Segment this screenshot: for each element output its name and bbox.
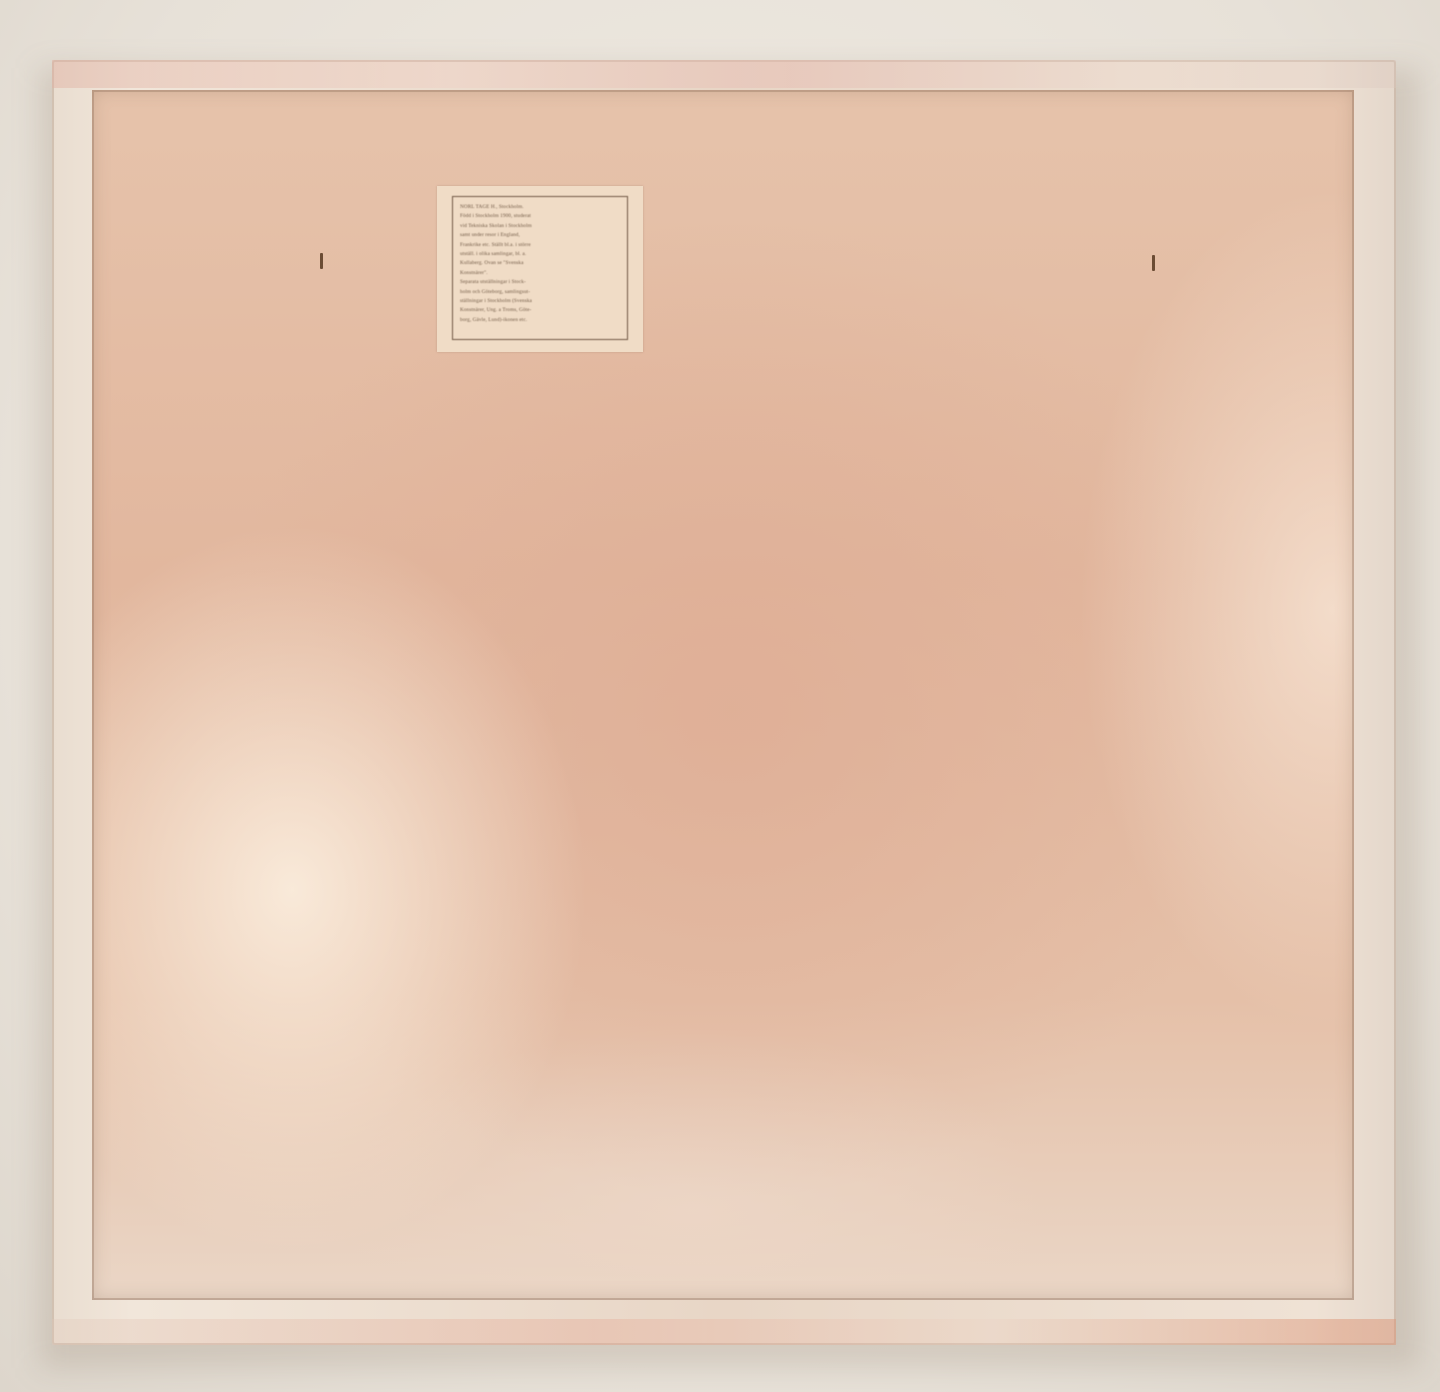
frame-bottom-edge [52, 1319, 1396, 1345]
hanging-nail-right [1152, 255, 1155, 271]
label-line: vid Tekniska Skolan i Stockholm [460, 222, 620, 231]
artist-label: NORL TAGE H., Stockholm. Född i Stockhol… [437, 186, 643, 352]
hanging-nail-left [320, 253, 323, 269]
label-line: Konstnärer". [460, 269, 620, 278]
label-line: utställ. i olika samlingar, bl. a. [460, 250, 620, 259]
label-line: holm och Göteborg, samlingsut- [460, 288, 620, 297]
label-line: Kullaberg. Ovan se "Svenska [460, 259, 620, 268]
label-line: Separata utställningar i Stock- [460, 278, 620, 287]
frame-top-edge [52, 60, 1396, 88]
label-line: Född i Stockholm 1900, studerat [460, 212, 620, 221]
artist-label-text: NORL TAGE H., Stockholm. Född i Stockhol… [452, 196, 628, 340]
label-line: Frankrike etc. Ställt bl.a. i större [460, 241, 620, 250]
label-line: Konstnärer, Ung. a Troms, Göte- [460, 306, 620, 315]
backing-board [92, 90, 1354, 1300]
label-line: samt under resor i England, [460, 231, 620, 240]
label-line: ställningar i Stockholm (Svenska [460, 297, 620, 306]
label-line: NORL TAGE H., Stockholm. [460, 203, 620, 212]
label-line: borg, Gävle, Lund)-ikonen etc. [460, 316, 620, 325]
